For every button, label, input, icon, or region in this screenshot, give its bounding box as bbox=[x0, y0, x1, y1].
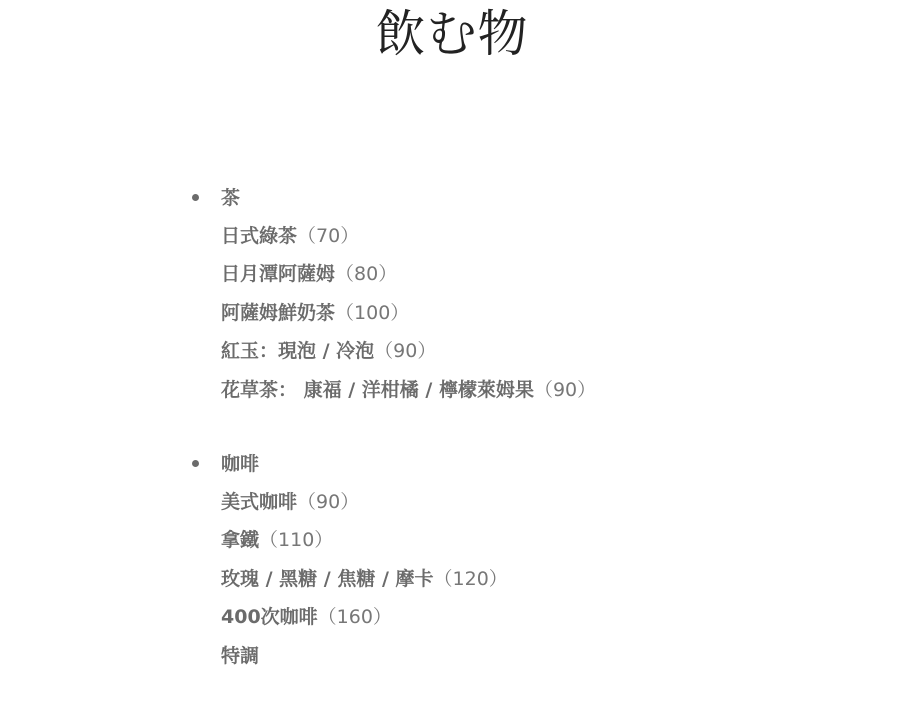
item-price: （90） bbox=[374, 340, 436, 362]
item-price: （160） bbox=[318, 606, 392, 628]
bullet-icon bbox=[192, 460, 199, 467]
item-price: （120） bbox=[434, 568, 508, 590]
item-name: 美式咖啡 bbox=[221, 491, 297, 513]
page-title: 飲む物 bbox=[0, 2, 904, 66]
section-title: 咖啡 bbox=[221, 446, 596, 484]
section-title: 茶 bbox=[221, 180, 596, 218]
item-name: 拿鐵 bbox=[221, 529, 259, 551]
item-name: 玫瑰 / 黑糖 / 焦糖 / 摩卡 bbox=[221, 568, 434, 590]
menu-item: 400次咖啡（160） bbox=[221, 599, 596, 637]
item-name: 400次咖啡 bbox=[221, 606, 318, 628]
section-tea: 茶 日式綠茶（70） 日月潭阿薩姆（80） 阿薩姆鮮奶茶（100） 紅玉：現泡 … bbox=[221, 180, 596, 410]
menu-item: 日式綠茶（70） bbox=[221, 218, 596, 256]
menu-item: 阿薩姆鮮奶茶（100） bbox=[221, 295, 596, 333]
item-price: （90） bbox=[534, 379, 596, 401]
menu-item: 花草茶： 康福 / 洋柑橘 / 檸檬萊姆果（90） bbox=[221, 372, 596, 410]
menu-item: 美式咖啡（90） bbox=[221, 484, 596, 522]
menu-item: 日月潭阿薩姆（80） bbox=[221, 256, 596, 294]
menu-item: 特調 bbox=[221, 638, 596, 676]
menu-item: 紅玉：現泡 / 冷泡（90） bbox=[221, 333, 596, 371]
section-coffee: 咖啡 美式咖啡（90） 拿鐵（110） 玫瑰 / 黑糖 / 焦糖 / 摩卡（12… bbox=[221, 446, 596, 676]
bullet-icon bbox=[192, 194, 199, 201]
item-name: 日月潭阿薩姆 bbox=[221, 263, 335, 285]
item-price: （80） bbox=[335, 263, 397, 285]
item-price: （110） bbox=[259, 529, 333, 551]
item-name: 阿薩姆鮮奶茶 bbox=[221, 302, 335, 324]
item-price: （70） bbox=[297, 225, 359, 247]
item-price: （100） bbox=[335, 302, 409, 324]
menu-item: 玫瑰 / 黑糖 / 焦糖 / 摩卡（120） bbox=[221, 561, 596, 599]
item-name: 紅玉：現泡 / 冷泡 bbox=[221, 340, 374, 362]
menu-item: 拿鐵（110） bbox=[221, 522, 596, 560]
item-name: 特調 bbox=[221, 645, 259, 667]
item-name: 日式綠茶 bbox=[221, 225, 297, 247]
drinks-menu: 茶 日式綠茶（70） 日月潭阿薩姆（80） 阿薩姆鮮奶茶（100） 紅玉：現泡 … bbox=[221, 180, 596, 676]
item-price: （90） bbox=[297, 491, 359, 513]
item-name: 花草茶： 康福 / 洋柑橘 / 檸檬萊姆果 bbox=[221, 379, 534, 401]
